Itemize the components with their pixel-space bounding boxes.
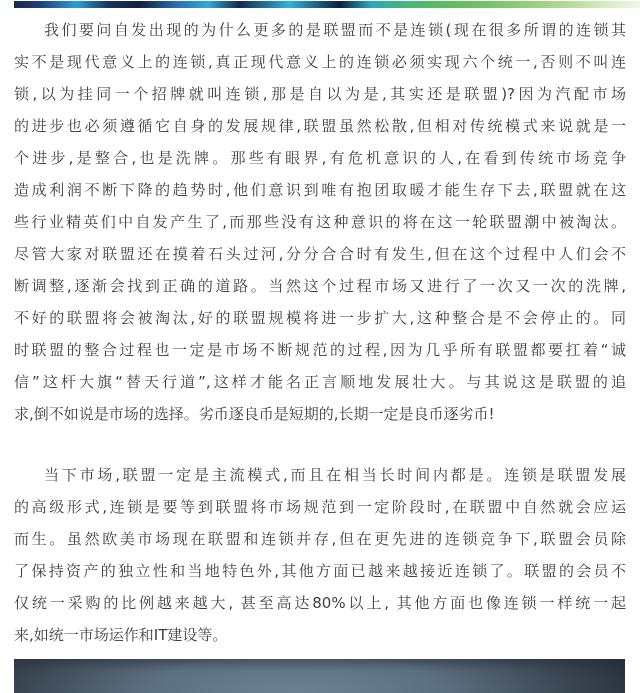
article-page: 我们要问自发出现的为什么更多的是联盟而不是连锁(现在很多所谓的连锁其实不是现代意… [0,0,640,693]
article-body: 我们要问自发出现的为什么更多的是联盟而不是连锁(现在很多所谓的连锁其实不是现代意… [0,14,640,651]
text-line: 求,倒不如说是市场的选择。劣币逐良币是短期的,长期一定是良币逐劣币! [14,398,626,430]
text-line: 了保持资产的独立性和当地特色外,其他方面已越来越接近连锁了。联盟的会员不 [14,555,626,587]
text-line: 实不是现代意义上的连锁,真正现代意义上的连锁必须实现六个统一,否则不叫连 [14,46,626,78]
text-line: 我们要问自发出现的为什么更多的是联盟而不是连锁(现在很多所谓的连锁其 [14,14,626,46]
bottom-photo [14,659,625,693]
text-line: 些行业精英们中自发产生了,而那些没有这种意识的将在这一轮联盟潮中被淘汰。 [14,206,626,238]
text-line: 来,如统一市场运作和IT建设等。 [14,619,626,651]
text-line: 时联盟的整合过程也一定是市场不断规范的过程,因为几乎所有联盟都要扛着“诚 [14,334,626,366]
text-line: 尽管大家对联盟还在摸着石头过河,分分合合时有发生,但在这个过程中人们会不 [14,238,626,270]
text-line: 仅统一采购的比例越来越大, 甚至高达80%以上, 其他方面也像连锁一样统一起 [14,587,626,619]
text-line: 而生。虽然欧美市场现在联盟和连锁并存,但在更先进的连锁竞争下,联盟会员除 [14,523,626,555]
text-line: 的进步也必须遵循它自身的发展规律,联盟虽然松散,但相对传统模式来说就是一 [14,110,626,142]
text-line: 锁,以为挂同一个招牌就叫连锁,那是自以为是,其实还是联盟)?因为汽配市场 [14,78,626,110]
text-line: 信”这杆大旗“替天行道”,这样才能名正言顺地发展壮大。与其说这是联盟的追 [14,366,626,398]
text-line: 当下市场,联盟一定是主流模式,而且在相当长时间内都是。连锁是联盟发展 [14,459,626,491]
paragraph: 我们要问自发出现的为什么更多的是联盟而不是连锁(现在很多所谓的连锁其实不是现代意… [14,14,626,430]
paragraph: 当下市场,联盟一定是主流模式,而且在相当长时间内都是。连锁是联盟发展的高级形式,… [14,459,626,651]
text-line: 个进步,是整合,也是洗牌。那些有眼界,有危机意识的人,在看到传统市场竞争 [14,142,626,174]
text-line: 断调整,逐渐会找到正确的道路。当然这个过程市场又进行了一次又一次的洗牌, [14,270,626,302]
text-line: 不好的联盟将会被淘汰,好的联盟规模将进一步扩大,这种整合是不会停止的。同 [14,302,626,334]
text-line: 造成利润不断下降的趋势时,他们意识到唯有抱团取暖才能生存下去,联盟就在这 [14,174,626,206]
decorative-gradient-bar [14,1,640,8]
text-line: 的高级形式,连锁是要等到联盟将市场规范到一定阶段时,在联盟中自然就会应运 [14,491,626,523]
